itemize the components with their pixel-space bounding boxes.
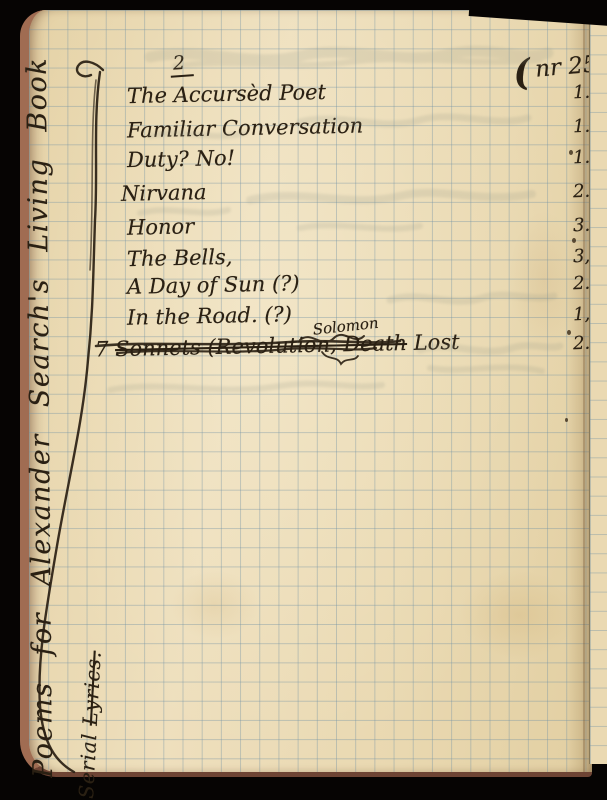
margin-note-word: Serial xyxy=(74,725,102,799)
notebook-page: 2 ( nr 25 ) The Accursèd Poet 1. Familia… xyxy=(20,10,592,777)
entry-count: 1, xyxy=(573,304,591,326)
ink-speck xyxy=(565,418,568,422)
entry-count: 2. xyxy=(573,333,591,355)
entry-tail: Lost xyxy=(407,330,460,355)
page-heading-number: 2 xyxy=(169,51,194,78)
entry-count: 1. xyxy=(573,82,591,104)
entry-count: 2. xyxy=(573,273,591,295)
list-item: The Bells, 3, xyxy=(29,246,592,276)
entry-count: 1. xyxy=(573,116,591,138)
entry-count: 1. xyxy=(573,147,591,169)
entry-title: Honor xyxy=(127,214,195,239)
entry-count: 3, xyxy=(573,246,591,268)
list-item-struck: 7 Sonnets (Revolution, Death Lost Solomo… xyxy=(29,333,592,363)
list-item: Duty? No! 1. xyxy=(29,147,592,177)
entry-struck-text: Sonnets (Revolution, xyxy=(115,332,337,361)
entry-title: The Accursèd Poet xyxy=(127,80,326,108)
entry-title: Nirvana xyxy=(121,180,207,206)
entry-title: The Bells, xyxy=(127,245,233,271)
list-item: A Day of Sun (?) 2. xyxy=(29,273,592,303)
list-item: Honor 3. xyxy=(29,215,592,245)
list-item: The Accursèd Poet 1. xyxy=(29,82,592,112)
entry-title: In the Road. (?) xyxy=(127,302,292,329)
list-item: Nirvana 2. xyxy=(29,181,592,211)
list-item: Familiar Conversation 1. xyxy=(29,116,592,146)
entry-title: Duty? No! xyxy=(127,146,236,172)
entry-title: A Day of Sun (?) xyxy=(127,271,300,299)
next-page-sliver xyxy=(589,16,607,764)
margin-note-vertical: Poems for Alexander Search's Living Book xyxy=(22,58,59,778)
notebook-scan: 2 ( nr 25 ) The Accursèd Poet 1. Familia… xyxy=(0,0,607,800)
entry-title: Familiar Conversation xyxy=(127,114,364,143)
entry-count: 3. xyxy=(573,215,591,237)
entry-prefix: 7 xyxy=(95,337,116,361)
entry-count: 2. xyxy=(573,181,591,203)
entry-title: 7 Sonnets (Revolution, Death Lost Solomo… xyxy=(95,329,525,362)
margin-note-struck-word: Lyrics. xyxy=(78,650,106,726)
